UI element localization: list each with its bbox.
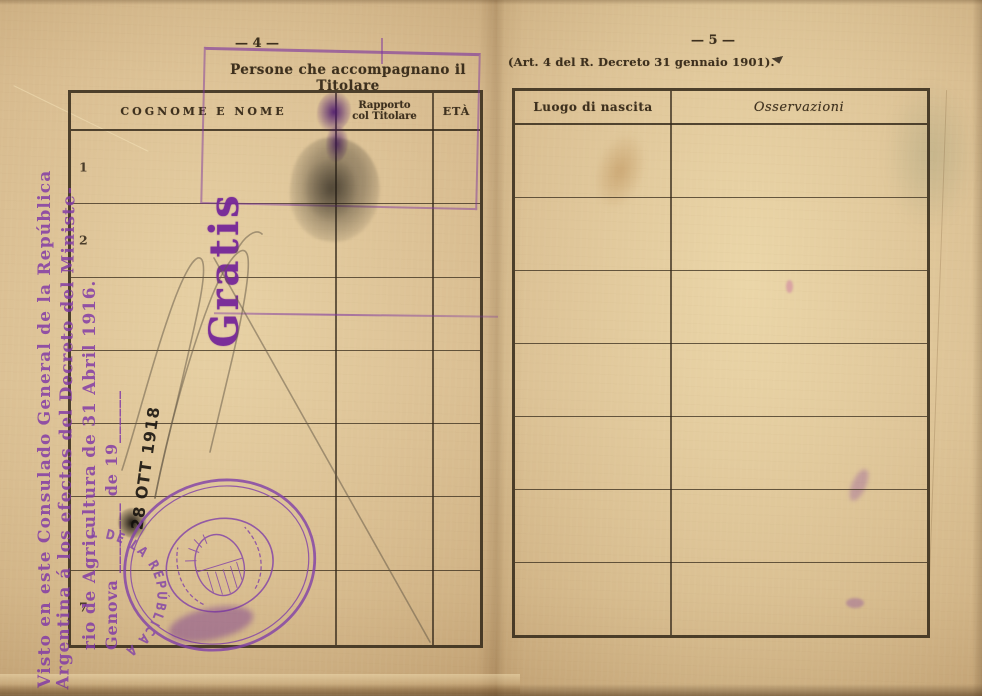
table-row [515,271,927,344]
page-5-number: — 5 — [668,33,758,48]
table-row [515,490,927,563]
column-header-osservazioni: Osservazioni [671,91,927,123]
table-row [515,198,927,271]
passport-scan: — 4 — Persone che accompagnano il Titola… [0,0,982,696]
signature-handwriting [0,0,500,696]
table-row [515,563,927,635]
table-row [515,344,927,417]
column-header-luogo-di-nascita: Luogo di nascita [515,91,671,123]
top-page-edge [0,0,982,5]
page5-rows [515,125,927,635]
right-page-edge [972,0,982,696]
bottom-page-edge [0,684,982,696]
page5-table: Luogo di nascita Osservazioni [512,88,930,638]
table-row [515,417,927,490]
page5-column-divider [670,91,672,635]
page5-table-header: Luogo di nascita Osservazioni [515,91,927,125]
table-row [515,125,927,198]
page-5-decree-note: (Art. 4 del R. Decreto 31 gennaio 1901). [508,55,775,69]
